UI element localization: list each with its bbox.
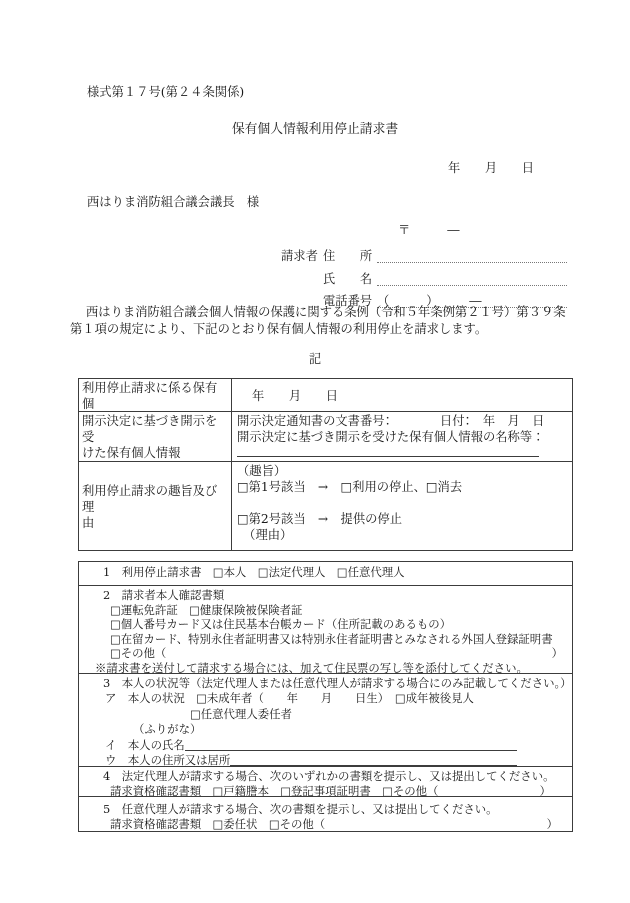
addressee-line: 西はりま消防組合議会議長 様 [87,192,259,210]
form-style-number: 様式第１７号(第２４条関係) [87,82,244,100]
other-checkbox-label: □その他（ [110,646,166,661]
form-document: 様式第１７号(第２４条関係) 保有個人情報利用停止請求書 年 月 日 西はりま消… [0,0,630,903]
voluntary-agent-docs-line: 請求資格確認書類 □委任状 □その他（ ） [79,817,572,831]
table-row-item2: 2 請求者本人確認書類 □運転免許証 □健康保険被保険者証 □個人番号カード又は… [79,585,572,673]
address-dotted-line [377,246,567,263]
table-row-item5: 5 任意代理人が請求する場合、次の書類を提示し、又は提出してください。 請求資格… [79,796,572,831]
fill-in-underline [237,445,539,457]
table-row-item4: 4 法定代理人が請求する場合、次のいずれかの書類を提示し、又は提出してください。… [79,766,572,796]
info-name-line: 開示決定に基づき開示を受けた保有個人情報の名称等： [237,429,568,445]
document-title: 保有個人情報利用停止請求書 [0,118,630,137]
item1-line: 1 利用停止請求書 □本人 □法定代理人 □任意代理人 [79,565,572,580]
purpose-options: （趣旨） □第1号該当 → □利用の停止、□消去 □第2号該当 → 提供の停止 … [232,462,572,550]
principal-status-line: ア 本人の状況 □未成年者（ 年 月 日生） □成年被後見人 [79,691,572,706]
id-docs-other-line: □その他（ ） [79,646,572,661]
id-docs-line2: □個人番号カード又は住民基本台帳カード（住所記載のあるもの） [79,617,572,632]
row-label: 利用停止請求に係る保有個 人情報の開示を受けた日 [79,379,232,411]
postal-code-blank: 〒 ― [398,220,460,238]
ki-heading: 記 [0,349,630,367]
item3-heading: 3 本人の状況等（法定代理人または任意代理人が請求する場合にのみ記載してください… [79,676,572,691]
close-paren: ） [540,784,551,796]
item4-heading: 4 法定代理人が請求する場合、次のいずれかの書類を提示し、又は提出してください。 [79,769,572,784]
voluntary-agent-checkbox-line: □任意代理人委任者 [79,707,572,722]
requester-label: 請求者 [281,246,318,264]
id-docs-line1: □運転免許証 □健康保険被保険者証 [79,603,572,618]
legal-agent-docs-line: 請求資格確認書類 □戸籍謄本 □登記事項証明書 □その他（ ） [79,784,572,796]
close-paren: ） [547,817,558,831]
table-row-disclosure-date: 利用停止請求に係る保有個 人情報の開示を受けた日 年 月 日 [79,379,572,411]
principal-address-line: ウ 本人の住所又は居所 [79,753,572,766]
name-field-label: 氏 名 [323,269,372,287]
furigana-label: （ふりがな） [79,722,572,737]
row-label: 開示決定に基づき開示を受 けた保有個人情報 [79,412,232,461]
notes-table: 1 利用停止請求書 □本人 □法定代理人 □任意代理人 2 請求者本人確認書類 … [78,561,573,832]
principal-name-label: イ 本人の氏名 [105,738,185,753]
notice-number-line: 開示決定通知書の文書番号： 日付： 年 月 日 [237,413,568,429]
legal-paragraph: 西はりま消防組合議会個人情報の保護に関する条例（令和５年条例第２１号）第３９条 … [70,304,573,337]
date-blank-line: 年 月 日 [448,158,534,176]
address-field-label: 住 所 [323,246,372,264]
name-dotted-line [377,269,567,286]
qualification-docs-label: 請求資格確認書類 □委任状 □その他（ [110,817,325,831]
row-label: 利用停止請求の趣旨及び理 由 [79,462,232,550]
qualification-docs-label: 請求資格確認書類 □戸籍謄本 □登記事項証明書 □その他（ [110,784,438,796]
mailing-note: ※請求書を送付して請求する場合には、加えて住民票の写し等を添付してください。 [79,661,572,673]
table-row-disclosed-info: 開示決定に基づき開示を受 けた保有個人情報 開示決定通知書の文書番号： 日付： … [79,411,572,461]
item2-heading: 2 請求者本人確認書類 [79,588,572,603]
id-docs-line3: □在留カード、特別永住者証明書又は特別永住者証明書とみなされる外国人登録証明書 [79,632,572,647]
blank-space [438,784,539,796]
item5-heading: 5 任意代理人が請求する場合、次の書類を提示し、又は提出してください。 [79,802,572,817]
fill-in-underline [230,753,517,766]
table-row-purpose-reason: 利用停止請求の趣旨及び理 由 （趣旨） □第1号該当 → □利用の停止、□消去 … [79,461,572,550]
disclosure-table: 利用停止請求に係る保有個 人情報の開示を受けた日 年 月 日 開示決定に基づき開… [78,378,573,551]
blank-space [325,817,546,831]
principal-name-line: イ 本人の氏名 [79,738,572,753]
table-row-item1: 1 利用停止請求書 □本人 □法定代理人 □任意代理人 [79,562,572,585]
row-value-date-blank: 年 月 日 [232,379,572,411]
blank-space [166,646,551,661]
row-value: 開示決定通知書の文書番号： 日付： 年 月 日 開示決定に基づき開示を受けた保有… [232,412,572,461]
close-paren: ） [552,646,563,661]
table-row-item3: 3 本人の状況等（法定代理人または任意代理人が請求する場合にのみ記載してください… [79,673,572,766]
principal-address-label: ウ 本人の住所又は居所 [105,753,230,766]
fill-in-underline [185,738,517,751]
